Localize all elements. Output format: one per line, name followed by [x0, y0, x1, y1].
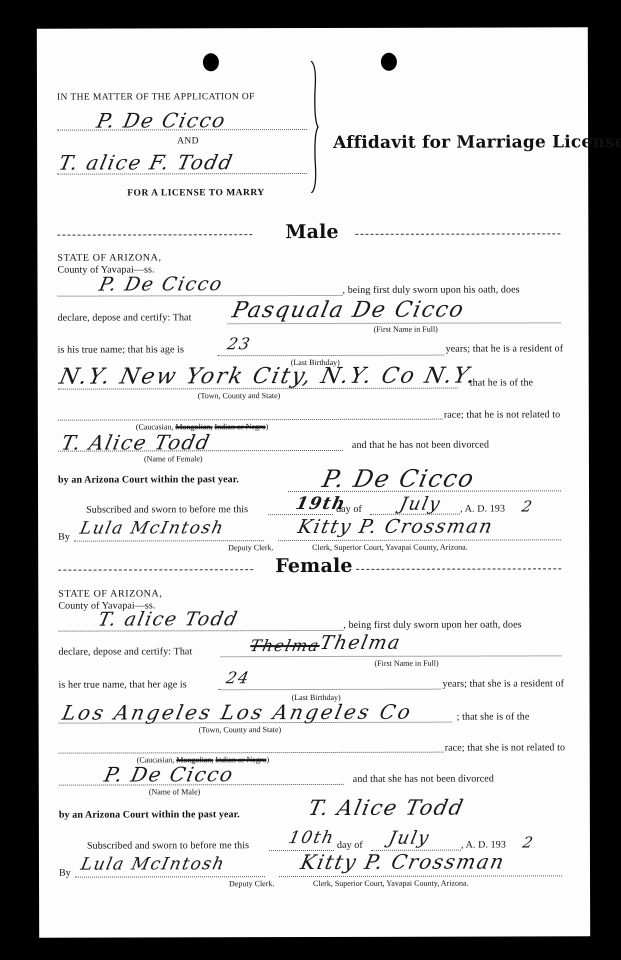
male-section-title: Male	[285, 221, 339, 243]
female-month: July	[387, 828, 432, 849]
male-residence-line	[58, 388, 458, 390]
female-court-text: by an Arizona Court within the past year…	[59, 809, 240, 820]
male-first-name-caption: (First Name in Full)	[374, 325, 438, 334]
female-first-name-caption: (First Name in Full)	[374, 659, 438, 668]
male-age-line	[218, 355, 444, 357]
male-year-digit: 2	[520, 497, 535, 515]
female-race-after: race; that she is not related to	[445, 742, 565, 753]
male-day-of-text: day of	[336, 504, 362, 515]
female-first-name-line	[220, 655, 561, 657]
affidavit-document: IN THE MATTER OF THE APPLICATION OF P. D…	[37, 27, 590, 937]
matter-line: IN THE MATTER OF THE APPLICATION OF	[57, 92, 255, 103]
female-clerk-caption: Clerk, Superior Court, Yavapai County, A…	[313, 879, 468, 888]
punch-hole	[381, 53, 397, 71]
section-divider	[355, 233, 560, 235]
male-month: July	[398, 494, 443, 515]
and-label: AND	[177, 136, 199, 146]
male-clerk-caption: Clerk, Superior Court, Yavapai County, A…	[312, 543, 467, 552]
female-deputy-signature: Lula McIntosh	[79, 854, 227, 874]
male-sworn-text: , being first duly sworn upon his oath, …	[342, 284, 519, 295]
section-divider	[356, 568, 561, 570]
race-option-struck: Indian or Negro	[214, 422, 265, 431]
female-affiant-line	[58, 630, 343, 632]
female-age: 24	[225, 668, 252, 687]
female-by-text: By	[59, 868, 71, 879]
female-section-title: Female	[275, 555, 353, 577]
applicant-female-name: T. alice F. Todd	[57, 150, 236, 174]
male-signature: P. De Cicco	[320, 465, 477, 493]
brace-icon	[309, 61, 319, 193]
male-court-text: by an Arizona Court within the past year…	[58, 474, 239, 485]
male-clerk-line	[278, 539, 561, 541]
female-deputy-line	[75, 876, 265, 877]
female-true-name-text: is her true name, that her age is	[59, 679, 187, 690]
male-by-text: By	[58, 532, 70, 543]
female-subscribed-text: Subscribed and sworn to before me this	[87, 840, 249, 851]
male-affiant-name: P. De Cicco	[97, 273, 225, 295]
male-divorced-text: and that he has not been divorced	[352, 440, 489, 451]
for-license-label: FOR A LICENSE TO MARRY	[127, 188, 265, 198]
male-day-line	[268, 514, 333, 515]
female-divorced-text: and that she has not been divorced	[353, 774, 494, 785]
male-residence-after: that he is of the	[470, 377, 533, 388]
male-deputy-signature: Lula McIntosh	[78, 518, 226, 538]
female-residence-after: ; that she is of the	[457, 711, 530, 722]
female-signature: T. Alice Todd	[306, 796, 466, 820]
female-sworn-text: , being first duly sworn upon her oath, …	[343, 619, 521, 630]
female-state: STATE OF ARIZONA,	[58, 588, 162, 599]
male-deputy-caption: Deputy Clerk.	[228, 543, 273, 552]
section-divider	[57, 234, 252, 236]
female-affiant-name: T. alice Todd	[96, 608, 240, 630]
female-clerk-line	[279, 875, 562, 877]
female-year-digit: 2	[521, 833, 536, 851]
female-full-first-name: Thelma	[318, 632, 403, 654]
male-state: STATE OF ARIZONA,	[57, 252, 161, 263]
male-full-first-name: Pasquala De Cicco	[230, 298, 467, 324]
female-clerk-signature: Kitty P. Crossman	[298, 849, 507, 874]
male-residence: N.Y. New York City, N.Y. Co N.Y.	[57, 364, 479, 390]
male-residence-caption: (Town, County and State)	[198, 391, 281, 400]
male-race-line	[58, 419, 443, 421]
female-race-line	[59, 752, 444, 754]
female-other-party-caption: (Name of Male)	[149, 787, 201, 796]
male-years-text: years; that he is a resident of	[446, 343, 564, 354]
female-years-text: years; that she is a resident of	[443, 678, 565, 689]
male-ad-text: , A. D. 193	[460, 503, 505, 514]
female-deputy-caption: Deputy Clerk.	[229, 879, 274, 888]
female-day: 10th	[287, 828, 337, 848]
punch-hole	[203, 53, 219, 71]
female-age-line	[219, 689, 441, 691]
male-true-name-text: is his true name; that his age is	[58, 344, 184, 355]
applicant-female-line	[57, 173, 307, 175]
male-affiant-line	[58, 295, 343, 297]
male-deputy-line	[74, 540, 264, 541]
female-declare-text: declare, depose and certify: That	[58, 646, 192, 657]
male-race-after: race; that he is not related to	[444, 409, 560, 420]
female-other-party-name: P. De Cicco	[102, 762, 236, 786]
male-subscribed-text: Subscribed and sworn to before me this	[86, 504, 248, 515]
female-struck-first-name: Thelma	[248, 636, 321, 655]
male-clerk-signature: Kitty P. Crossman	[296, 516, 496, 539]
female-residence-caption: (Town, County and State)	[199, 725, 282, 734]
male-age: 23	[226, 334, 253, 353]
male-other-party-caption: (Name of Female)	[144, 454, 203, 463]
section-divider	[58, 569, 253, 571]
document-title: Affidavit for Marriage License	[333, 132, 621, 153]
male-declare-text: declare, depose and certify: That	[58, 312, 192, 323]
